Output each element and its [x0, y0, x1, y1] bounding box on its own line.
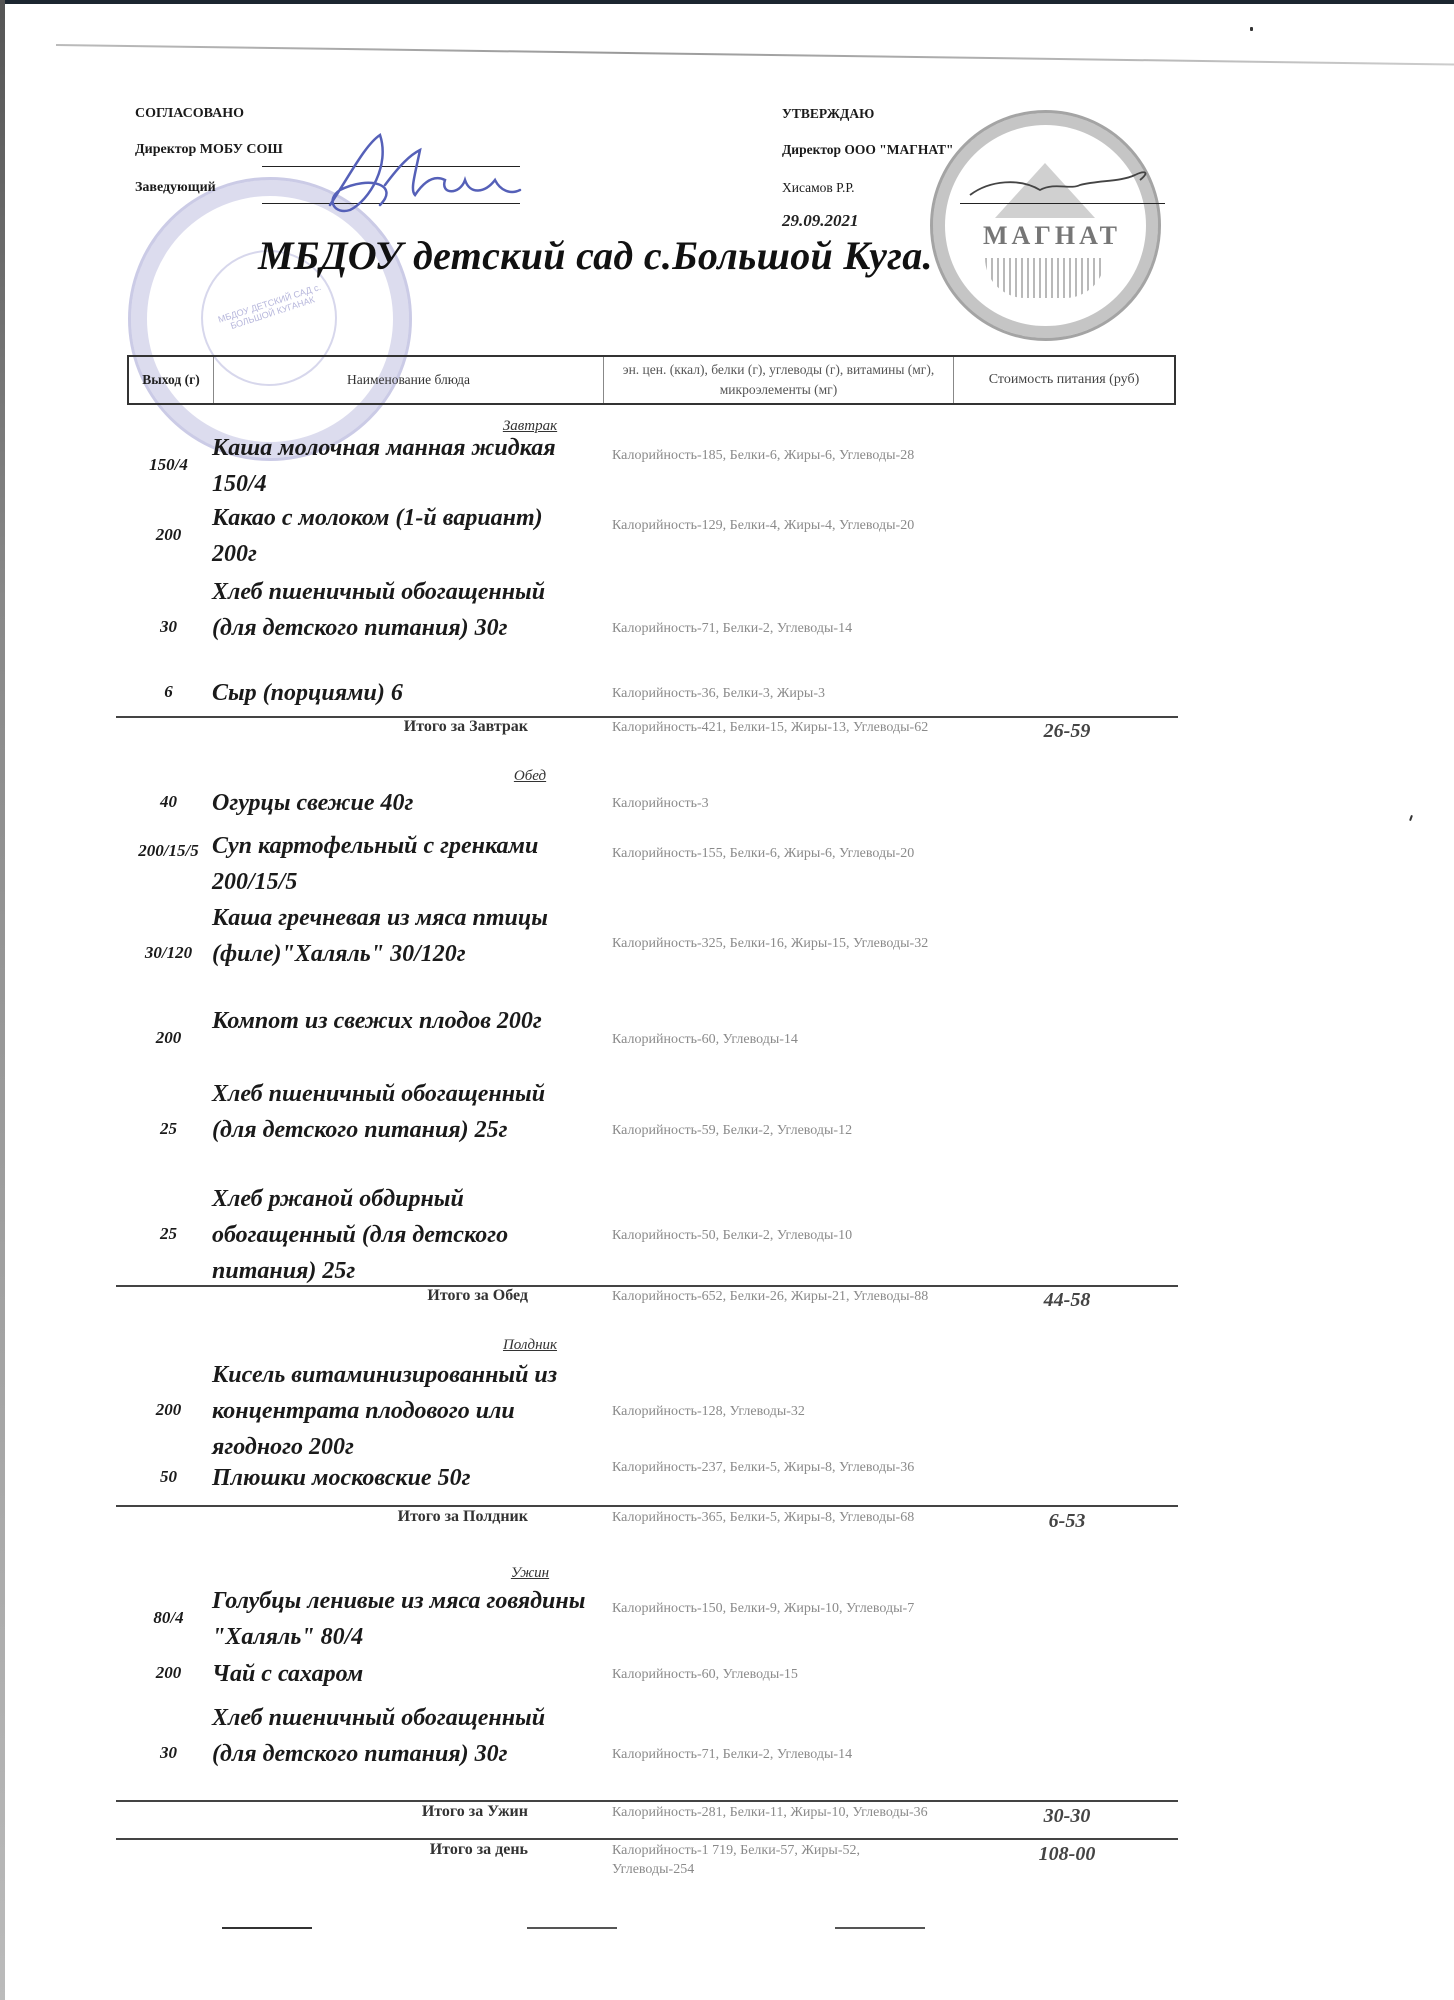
approved-title: УТВЕРЖДАЮ [782, 106, 874, 122]
menu-item-row: 25Хлеб пшеничный обогащенный (для детско… [127, 1076, 1176, 1184]
day-total-row: Итого за деньКалорийность-1 719, Белки-5… [127, 1841, 1176, 1881]
item-name: Сыр (порциями) 6 [212, 675, 592, 711]
total-nutrition: Калорийность-365, Белки-5, Жиры-8, Углев… [612, 1508, 942, 1527]
column-header-cost: Стоимость питания (руб) [954, 357, 1174, 403]
item-yield: 6 [127, 681, 210, 704]
approval-date: 29.09.2021 [782, 211, 859, 231]
footer-signature-line [222, 1927, 312, 1929]
item-yield: 30 [127, 1742, 210, 1765]
menu-item-row: 50Плюшки московские 50гКалорийность-237,… [127, 1460, 1176, 1496]
item-yield: 200 [127, 1399, 210, 1422]
document-title: МБДОУ детский сад с.Большой Куга. [258, 232, 933, 279]
item-yield: 200 [127, 524, 210, 547]
total-cost: 30-30 [1007, 1805, 1127, 1828]
total-label: Итого за Ужин [422, 1803, 528, 1821]
item-name: Какао с молоком (1-й вариант) 200г [212, 500, 592, 572]
menu-item-row: 30/120Каша гречневая из мяса птицы (филе… [127, 900, 1176, 1008]
menu-item-row: 40Огурцы свежие 40гКалорийность-3 [127, 785, 1176, 821]
section-title: Ужин [511, 1565, 549, 1582]
item-nutrition: Калорийность-150, Белки-9, Жиры-10, Угле… [612, 1598, 942, 1619]
total-cost: 108-00 [1007, 1843, 1127, 1866]
total-label: Итого за Полдник [398, 1508, 528, 1526]
company-stamp: МАГНАТ [930, 110, 1161, 341]
menu-item-row: 200Какао с молоком (1-й вариант) 200гКал… [127, 500, 1176, 572]
column-header-yield: Выход (г) [129, 357, 214, 403]
total-nutrition: Калорийность-281, Белки-11, Жиры-10, Угл… [612, 1803, 942, 1822]
item-nutrition: Калорийность-60, Углеводы-15 [612, 1664, 942, 1685]
menu-item-row: 6Сыр (порциями) 6Калорийность-36, Белки-… [127, 675, 1176, 711]
item-name: Кисель витаминизированный из концентрата… [212, 1357, 592, 1465]
menu-item-row: 80/4Голубцы ленивые из мяса говядины "Ха… [127, 1583, 1176, 1655]
item-name: Голубцы ленивые из мяса говядины "Халяль… [212, 1583, 592, 1655]
section-divider [116, 1800, 1178, 1802]
item-name: Плюшки московские 50г [212, 1460, 592, 1496]
menu-item-row: 200Компот из свежих плодов 200гКалорийно… [127, 1003, 1176, 1075]
item-yield: 25 [127, 1118, 210, 1141]
item-nutrition: Калорийность-155, Белки-6, Жиры-6, Углев… [612, 843, 942, 864]
section-total-row: Итого за ПолдникКалорийность-365, Белки-… [127, 1508, 1176, 1548]
item-name: Каша молочная манная жидкая 150/4 [212, 430, 592, 502]
item-name: Хлеб ржаной обдирный обогащенный (для де… [212, 1181, 592, 1289]
item-yield: 200 [127, 1662, 210, 1685]
item-yield: 30 [127, 616, 210, 639]
item-nutrition: Калорийность-50, Белки-2, Углеводы-10 [612, 1225, 942, 1246]
column-header-name: Наименование блюда [214, 357, 604, 403]
section-total-row: Итого за ОбедКалорийность-652, Белки-26,… [127, 1287, 1176, 1327]
item-yield: 80/4 [127, 1607, 210, 1630]
total-nutrition: Калорийность-1 719, Белки-57, Жиры-52, У… [612, 1841, 942, 1879]
item-nutrition: Калорийность-71, Белки-2, Углеводы-14 [612, 1744, 942, 1765]
section-divider [116, 1505, 1178, 1507]
total-cost: 26-59 [1007, 720, 1127, 743]
approved-name: Хисамов Р.Р. [782, 180, 855, 196]
scan-speck [1409, 815, 1413, 821]
stamp-rays-icon [985, 258, 1105, 298]
item-name: Хлеб пшеничный обогащенный (для детского… [212, 1700, 592, 1772]
section-title: Полдник [503, 1337, 557, 1354]
scan-artifact-line [56, 44, 1454, 66]
item-nutrition: Калорийность-71, Белки-2, Углеводы-14 [612, 618, 942, 639]
footer-signature-line [835, 1927, 925, 1929]
item-nutrition: Калорийность-237, Белки-5, Жиры-8, Углев… [612, 1457, 942, 1478]
menu-item-row: 200/15/5Суп картофельный с гренками 200/… [127, 828, 1176, 900]
item-nutrition: Калорийность-60, Углеводы-14 [612, 1029, 942, 1050]
item-yield: 150/4 [127, 454, 210, 477]
column-header-nutrition: эн. цен. (ккал), белки (г), углеводы (г)… [604, 357, 954, 403]
footer-signature-line [527, 1927, 617, 1929]
item-name: Компот из свежих плодов 200г [212, 1003, 592, 1039]
item-yield: 200 [127, 1027, 210, 1050]
total-label: Итого за Обед [427, 1287, 528, 1305]
section-total-row: Итого за ЗавтракКалорийность-421, Белки-… [127, 718, 1176, 758]
agreed-role: Заведующий [135, 180, 216, 196]
menu-item-row: 30Хлеб пшеничный обогащенный (для детско… [127, 574, 1176, 682]
item-nutrition: Калорийность-325, Белки-16, Жиры-15, Угл… [612, 933, 942, 954]
menu-item-row: 25Хлеб ржаной обдирный обогащенный (для … [127, 1181, 1176, 1289]
total-cost: 44-58 [1007, 1289, 1127, 1312]
item-nutrition: Калорийность-3 [612, 793, 942, 814]
stamp-logo-text: МАГНАТ [983, 221, 1108, 251]
menu-item-row: 200Чай с сахаромКалорийность-60, Углевод… [127, 1656, 1176, 1692]
item-nutrition: Калорийность-128, Углеводы-32 [612, 1401, 942, 1422]
section-total-row: Итого за УжинКалорийность-281, Белки-11,… [127, 1803, 1176, 1843]
menu-item-row: 30Хлеб пшеничный обогащенный (для детско… [127, 1700, 1176, 1808]
item-name: Суп картофельный с гренками 200/15/5 [212, 828, 592, 900]
day-total-divider [116, 1838, 1178, 1840]
scan-edge-top [0, 0, 1454, 4]
item-yield: 30/120 [127, 942, 210, 965]
agreed-position: Директор МОБУ СОШ [135, 142, 283, 158]
total-nutrition: Калорийность-652, Белки-26, Жиры-21, Угл… [612, 1287, 942, 1306]
item-nutrition: Калорийность-36, Белки-3, Жиры-3 [612, 683, 942, 704]
total-label: Итого за Завтрак [404, 718, 528, 736]
item-name: Хлеб пшеничный обогащенный (для детского… [212, 574, 592, 646]
item-yield: 40 [127, 791, 210, 814]
item-name: Огурцы свежие 40г [212, 785, 592, 821]
item-nutrition: Калорийность-59, Белки-2, Углеводы-12 [612, 1120, 942, 1141]
section-title: Обед [514, 768, 546, 785]
agreed-title: СОГЛАСОВАНО [135, 106, 244, 122]
item-yield: 25 [127, 1223, 210, 1246]
item-name: Каша гречневая из мяса птицы (филе)"Халя… [212, 900, 592, 972]
scan-speck [1250, 27, 1253, 31]
total-nutrition: Калорийность-421, Белки-15, Жиры-13, Угл… [612, 718, 942, 737]
signature-icon [310, 125, 530, 225]
menu-item-row: 150/4Каша молочная манная жидкая 150/4Ка… [127, 430, 1176, 502]
total-cost: 6-53 [1007, 1510, 1127, 1533]
item-name: Хлеб пшеничный обогащенный (для детского… [212, 1076, 592, 1148]
item-nutrition: Калорийность-129, Белки-4, Жиры-4, Углев… [612, 515, 942, 536]
item-name: Чай с сахаром [212, 1656, 592, 1692]
table-header: Выход (г) Наименование блюда эн. цен. (к… [127, 355, 1176, 405]
item-nutrition: Калорийность-185, Белки-6, Жиры-6, Углев… [612, 445, 942, 466]
total-label: Итого за день [430, 1841, 528, 1859]
approved-position: Директор ООО "МАГНАТ" [782, 142, 953, 158]
item-yield: 200/15/5 [127, 840, 210, 863]
signature-icon [960, 160, 1160, 210]
item-yield: 50 [127, 1466, 210, 1489]
scan-edge-left [0, 0, 5, 2000]
menu-item-row: 200Кисель витаминизированный из концентр… [127, 1357, 1176, 1465]
